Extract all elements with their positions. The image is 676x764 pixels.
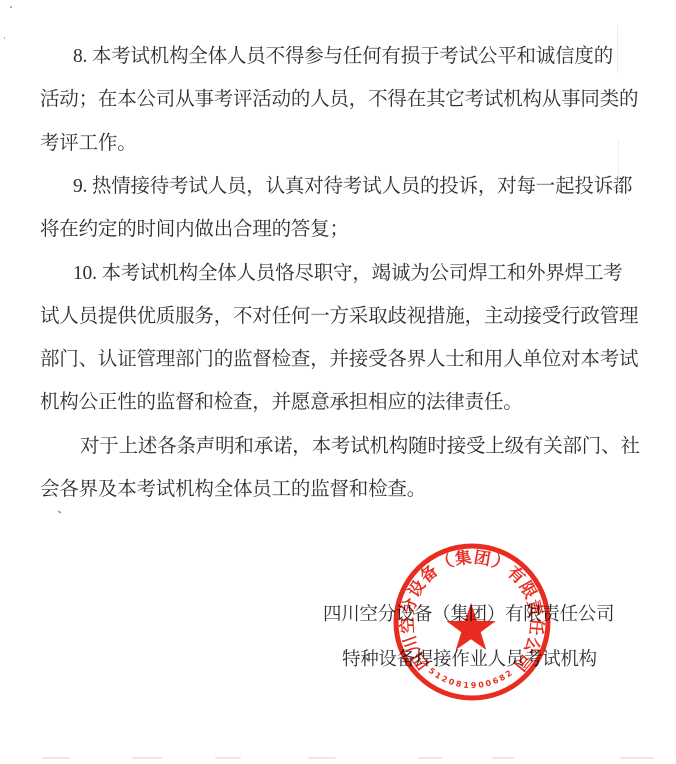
scan-artifact xyxy=(58,510,62,513)
scan-artifact xyxy=(620,757,654,759)
scan-artifact xyxy=(308,757,336,759)
seal-code: 512081900682 xyxy=(427,666,516,690)
body-line: 对于上述各条声明和承诺，本考试机构随时接受上级有关部门、社 xyxy=(40,435,640,459)
scan-artifact xyxy=(132,757,162,759)
body-line: 会各界及本考试机构全体员工的监督和检查。 xyxy=(40,478,426,502)
body-line: 将在约定的时间内做出合理的答复； xyxy=(40,218,349,242)
body-line: 机构公正性的监督和检查，并愿意承担相应的法律责任。 xyxy=(40,391,523,415)
scan-artifact xyxy=(492,757,514,759)
scan-artifact xyxy=(10,6,12,8)
body-line: 试人员提供优质服务，不对任何一方采取歧视措施，主动接受行政管理 xyxy=(40,305,638,329)
body-line: 部门、认证管理部门的监督检查，并接受各界人士和用人单位对本考试 xyxy=(40,348,638,372)
scan-artifact xyxy=(418,757,442,759)
scan-artifact xyxy=(42,757,70,759)
seal-star-icon xyxy=(446,603,495,650)
body-line: 10. 本考试机构全体人员恪尽职守，竭诚为公司焊工和外界焊工考 xyxy=(40,262,623,286)
scan-artifact xyxy=(215,757,241,759)
scan-artifact xyxy=(617,25,618,73)
body-line: 考评工作。 xyxy=(40,132,137,156)
body-line: 9. 热情接待考试人员，认真对待考试人员的投诉，对每一起投诉都 xyxy=(40,175,632,199)
document-page: 8. 本考试机构全体人员不得参与任何有损于考试公平和诚信度的 活动；在本公司从事… xyxy=(0,0,676,764)
company-seal: 四川空分设备（集团）有限责任公司 512081900682 xyxy=(390,540,554,704)
body-line: 活动；在本公司从事考评活动的人员，不得在其它考试机构从事同类的 xyxy=(40,88,638,112)
scan-artifact xyxy=(4,37,5,39)
body-line: 8. 本考试机构全体人员不得参与任何有损于考试公平和诚信度的 xyxy=(40,45,613,69)
